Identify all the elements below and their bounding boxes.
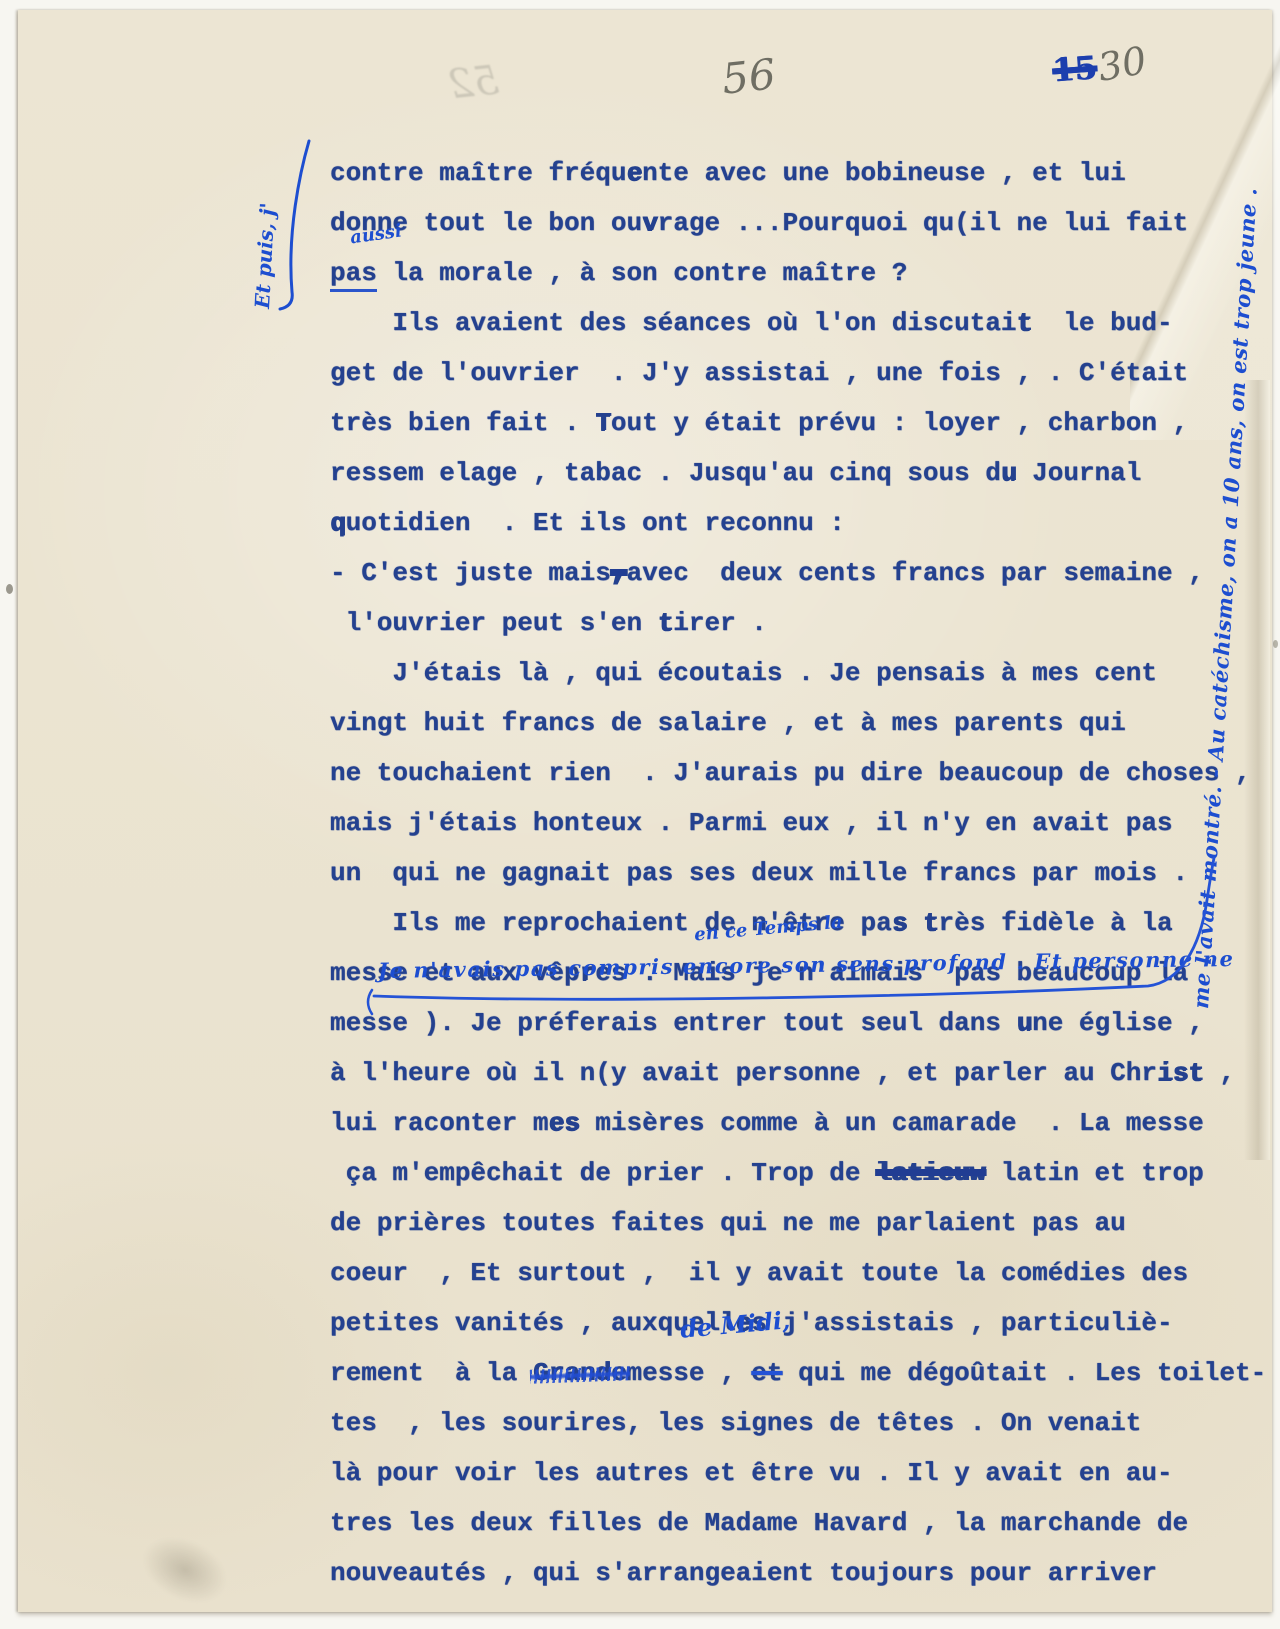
typed-segment: le bud- bbox=[1032, 308, 1172, 338]
typed-line: de prières toutes faites qui ne me parla… bbox=[330, 1198, 1190, 1248]
typed-segment bbox=[907, 908, 923, 938]
typed-segment: avec deux cents francs par semaine , bbox=[626, 558, 1203, 588]
typed-segment: Journal bbox=[1017, 458, 1142, 488]
typed-line: ne touchaient rien . J'aurais pu dire be… bbox=[330, 748, 1190, 798]
typed-line: coeur , Et surtout , il y avait toute la… bbox=[330, 1248, 1190, 1298]
typed-segment: rement à la bbox=[330, 1358, 533, 1388]
typed-segment: Ils avaient des séances où l'on discutai bbox=[330, 308, 1017, 338]
typed-line: J'étais là , qui écoutais . Je pensais à… bbox=[330, 648, 1190, 698]
typed-line: mais j'étais honteux . Parmi eux , il n'… bbox=[330, 798, 1190, 848]
typed-segment: latieuw bbox=[876, 1158, 985, 1188]
typed-segment: rage ...Pourquoi qu(il ne lui fait bbox=[658, 208, 1189, 238]
typed-segment: de prières toutes faites qui ne me parla… bbox=[330, 1208, 1126, 1238]
typed-line: - C'est juste mais,avec deux cents franc… bbox=[330, 548, 1190, 598]
typed-segment: nouveautés , qui s'arrangeaient toujours… bbox=[330, 1558, 1157, 1588]
typed-segment: lui raconter m bbox=[330, 1108, 548, 1138]
typed-segment: ist bbox=[1157, 1058, 1204, 1088]
typed-segment: à l'heure où il n(y avait personne , et … bbox=[330, 1058, 1157, 1088]
typed-line: ressem elage , tabac . Jusqu'au cinq sou… bbox=[330, 448, 1190, 498]
typed-line: donne tout le bon ouvrage ...Pourquoi qu… bbox=[330, 198, 1190, 248]
typed-segment: contre maître fréqu bbox=[330, 158, 626, 188]
typed-line: là pour voir les autres et être vu . Il … bbox=[330, 1448, 1190, 1498]
typed-line: Ils avaient des séances où l'on discutai… bbox=[330, 298, 1190, 348]
typed-line: nouveautés , qui s'arrangeaient toujours… bbox=[330, 1548, 1190, 1598]
typed-line: lui raconter mes misères comme à un cama… bbox=[330, 1098, 1190, 1148]
typed-line: l'ouvrier peut s'en tirer . bbox=[330, 598, 1190, 648]
typed-line: messe et aux vêpres . Mais je n'aimais p… bbox=[330, 948, 1190, 998]
typed-segment: u bbox=[1017, 1008, 1033, 1038]
typed-segment: l'ouvrier peut s'en bbox=[330, 608, 658, 638]
typed-line: vingt huit francs de salaire , et à mes … bbox=[330, 698, 1190, 748]
page-number-struck-blue: 15 bbox=[1051, 48, 1098, 89]
typed-segment: , bbox=[611, 558, 627, 588]
typed-segment: J'étais là , qui écoutais . Je pensais à… bbox=[330, 658, 1157, 688]
typed-segment: Ils me reprochaient de n'être pa bbox=[330, 908, 892, 938]
typed-line: quotidien . Et ils ont reconnu : bbox=[330, 498, 1190, 548]
paper-speck bbox=[6, 584, 13, 594]
paper-speck bbox=[1273, 640, 1278, 648]
typed-segment: un qui ne gagnait pas ses deux mille fra… bbox=[330, 858, 1188, 888]
typed-segment: pas bbox=[330, 258, 377, 292]
typed-line: à l'heure où il n(y avait personne , et … bbox=[330, 1048, 1190, 1098]
typed-segment: petites vanités , auxquell bbox=[330, 1308, 736, 1338]
typed-segment: ne touchaient rien . J'aurais pu dire be… bbox=[330, 758, 1251, 788]
typed-segment: messe et aux vêp bbox=[330, 958, 580, 988]
page-number-pencil-center: 56 bbox=[720, 49, 778, 103]
typed-segment: mais j'étais honteux . Parmi eux , il n'… bbox=[330, 808, 1173, 838]
typed-segment: uotidien . Et ils ont reconnu : bbox=[346, 508, 845, 538]
typed-segment: ne église , bbox=[1032, 1008, 1204, 1038]
typed-segment: tes , les sourires, les signes de têtes … bbox=[330, 1408, 1141, 1438]
typed-line: tres les deux filles de Madame Havard , … bbox=[330, 1498, 1190, 1548]
typed-segment: s j'assistais , particuliè- bbox=[751, 1308, 1172, 1338]
typed-line: rement à la Grandemesse , et qui me dégo… bbox=[330, 1348, 1190, 1398]
page-number-pencil-right: 30 bbox=[1095, 38, 1150, 90]
typed-line: get de l'ouvrier . J'y assistai , une fo… bbox=[330, 348, 1190, 398]
typed-segment: get de l'ouvrier . J'y assistai , une fo… bbox=[330, 358, 1188, 388]
typed-segment: la morale , à son contre maître ? bbox=[377, 258, 908, 288]
typed-text-block: contre maître fréquente avec une bobineu… bbox=[330, 148, 1190, 1598]
typed-line: ça m'empêchait de prier . Trop de latieu… bbox=[330, 1148, 1190, 1198]
typed-segment: e bbox=[626, 158, 642, 188]
typed-segment: q bbox=[330, 508, 346, 538]
typed-segment: coeur , Et surtout , il y avait toute la… bbox=[330, 1258, 1188, 1288]
typed-segment: très bien fait . bbox=[330, 408, 595, 438]
typed-segment: u bbox=[1001, 458, 1017, 488]
typed-segment: et bbox=[751, 1358, 782, 1388]
typed-segment: donne tout le bon ou bbox=[330, 208, 642, 238]
scanned-manuscript-screenshot: { "colors": { "typed": "#24418f", "hand"… bbox=[0, 0, 1280, 1629]
typed-segment: nte avec une bobineuse , et lui bbox=[642, 158, 1126, 188]
typed-segment: messe , bbox=[626, 1358, 751, 1388]
typed-segment: tres les deux filles de Madame Havard , … bbox=[330, 1508, 1188, 1538]
typed-segment: s bbox=[892, 908, 908, 938]
typed-segment: es . Mais je n'aimais pas beaucoup la bbox=[595, 958, 1188, 988]
typed-segment: e bbox=[736, 1308, 752, 1338]
typed-segment: qui me dégoûtait . Les toilet- bbox=[783, 1358, 1267, 1388]
typed-line: pas la morale , à son contre maître ? bbox=[330, 248, 1190, 298]
typed-segment: - C'est juste mais bbox=[330, 558, 611, 588]
typed-segment: t bbox=[658, 608, 674, 638]
typed-segment: t bbox=[923, 908, 939, 938]
typed-segment: t bbox=[1017, 308, 1033, 338]
typed-segment: ressem elage , tabac . Jusqu'au cinq sou… bbox=[330, 458, 1001, 488]
typed-line: messe ). Je préferais entrer tout seul d… bbox=[330, 998, 1190, 1048]
typed-segment: , bbox=[1204, 1058, 1235, 1088]
typed-segment: irer . bbox=[673, 608, 767, 638]
typed-line: petites vanités , auxquelles j'assistais… bbox=[330, 1298, 1190, 1348]
typed-segment: T bbox=[595, 408, 611, 438]
page-number-ghost: 52 bbox=[446, 57, 501, 108]
typed-segment: v bbox=[642, 208, 658, 238]
typed-segment: là pour voir les autres et être vu . Il … bbox=[330, 1458, 1173, 1488]
typed-line: contre maître fréquente avec une bobineu… bbox=[330, 148, 1190, 198]
typed-segment: r bbox=[580, 958, 596, 988]
typed-segment: vingt huit francs de salaire , et à mes … bbox=[330, 708, 1126, 738]
typed-segment: misères comme à un camarade . La messe bbox=[580, 1108, 1204, 1138]
typed-segment: out y était prévu : loyer , charbon , bbox=[611, 408, 1188, 438]
typed-line: un qui ne gagnait pas ses deux mille fra… bbox=[330, 848, 1190, 898]
typed-segment: latin et trop bbox=[985, 1158, 1203, 1188]
typed-segment: messe ). Je préferais entrer tout seul d… bbox=[330, 1008, 1017, 1038]
typed-line: tes , les sourires, les signes de têtes … bbox=[330, 1398, 1190, 1448]
typed-segment: Grande bbox=[533, 1358, 627, 1388]
typed-line: très bien fait . Tout y était prévu : lo… bbox=[330, 398, 1190, 448]
typed-segment: es bbox=[548, 1108, 579, 1138]
typed-segment: rès fidèle à la bbox=[939, 908, 1173, 938]
typed-line: Ils me reprochaient de n'être pas très f… bbox=[330, 898, 1190, 948]
typed-segment: ça m'empêchait de prier . Trop de bbox=[330, 1158, 876, 1188]
